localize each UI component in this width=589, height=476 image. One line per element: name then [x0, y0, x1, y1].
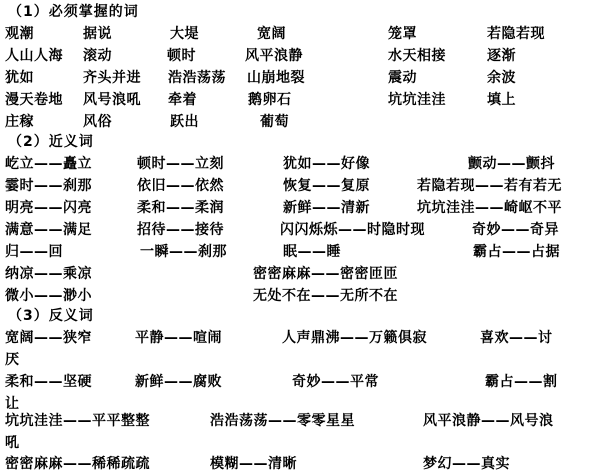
synonym-pair: 屹立——矗立	[5, 155, 92, 173]
antonym-pair: 风平浪静——风号浪	[423, 412, 554, 430]
synonym-pair: 满意——满足	[5, 221, 92, 239]
vocab-word: 漫天卷地	[5, 91, 63, 109]
antonym-pair: 坑坑洼洼——平平整整	[5, 412, 150, 430]
antonym-pair: 人声鼎沸——万籁俱寂	[282, 329, 427, 347]
vocab-word: 震动	[388, 69, 417, 87]
vocabulary-document: （1）必须掌握的词 观潮 据说 大堤 宽阔 笼罩 若隐若现 人山人海 滚动 顿时…	[0, 0, 589, 476]
antonym-pair: 密密麻麻——稀稀疏疏	[5, 455, 150, 473]
synonym-pair: 无处不在——无所不在	[253, 287, 398, 305]
antonym-pair: 梦幻——真实	[423, 455, 510, 473]
antonym-pair: 新鲜——腐败	[135, 373, 222, 391]
antonym-pair: 模糊——清晰	[210, 455, 297, 473]
vocab-word: 填上	[487, 91, 516, 109]
synonym-pair: 眠——睡	[283, 243, 341, 261]
vocab-word: 风俗	[83, 113, 112, 131]
vocab-word: 葡萄	[260, 113, 289, 131]
synonym-pair: 依旧——依然	[137, 177, 224, 195]
vocab-word: 水天相接	[388, 47, 446, 65]
section1-title: （1）必须掌握的词	[8, 3, 139, 21]
vocab-word: 余波	[487, 69, 516, 87]
vocab-word: 宽阔	[257, 25, 286, 43]
synonym-pair: 霸占——占据	[473, 243, 560, 261]
vocab-word: 逐渐	[487, 47, 516, 65]
section2-title: （2）近义词	[8, 133, 94, 151]
synonym-pair: 密密麻麻——密密匝匝	[253, 265, 398, 283]
vocab-word: 滚动	[83, 47, 112, 65]
antonym-pair: 浩浩荡荡——零零星星	[210, 412, 355, 430]
section3-title: （3）反义词	[8, 307, 94, 325]
vocab-word: 齐头并进	[83, 69, 141, 87]
vocab-word: 风号浪吼	[83, 91, 141, 109]
antonym-pair-wrap: 吼	[5, 434, 20, 452]
antonym-pair-wrap: 厌	[5, 351, 20, 369]
synonym-pair: 新鲜——清新	[283, 199, 370, 217]
vocab-word: 据说	[83, 25, 112, 43]
vocab-word: 笼罩	[388, 25, 417, 43]
synonym-pair: 犹如——好像	[283, 155, 370, 173]
antonym-pair: 奇妙——平常	[292, 373, 379, 391]
vocab-word: 鹅卵石	[248, 91, 292, 109]
vocab-word: 风平浪静	[245, 47, 303, 65]
vocab-word: 牵着	[168, 91, 197, 109]
antonym-pair: 喜欢——讨	[480, 329, 553, 347]
synonym-pair: 颤动——颤抖	[468, 155, 555, 173]
synonym-pair: 霎时——刹那	[5, 177, 92, 195]
synonym-pair: 归——回	[5, 243, 63, 261]
synonym-pair: 一瞬——刹那	[140, 243, 227, 261]
vocab-word: 若隐若现	[487, 25, 545, 43]
synonym-pair: 招待——接待	[137, 221, 224, 239]
vocab-word: 人山人海	[5, 47, 63, 65]
vocab-word: 山崩地裂	[247, 69, 305, 87]
vocab-word: 跃出	[170, 113, 199, 131]
synonym-pair: 恢复——复原	[283, 177, 370, 195]
vocab-word: 坑坑洼洼	[388, 91, 446, 109]
synonym-pair: 若隐若现——若有若无	[417, 177, 562, 195]
synonym-pair: 奇妙——奇异	[472, 221, 559, 239]
antonym-pair: 霸占——割	[485, 373, 558, 391]
antonym-pair: 平静——喧闹	[135, 329, 222, 347]
synonym-pair: 明亮——闪亮	[5, 199, 92, 217]
synonym-pair: 顿时——立刻	[137, 155, 224, 173]
vocab-word: 观潮	[5, 25, 34, 43]
synonym-pair: 纳凉——乘凉	[5, 265, 92, 283]
vocab-word: 大堤	[170, 25, 199, 43]
synonym-pair: 闪闪烁烁——时隐时现	[280, 221, 425, 239]
synonym-pair: 坑坑洼洼——崎岖不平	[417, 199, 562, 217]
vocab-word: 犹如	[5, 69, 34, 87]
antonym-pair: 宽阔——狭窄	[5, 329, 92, 347]
vocab-word: 浩浩荡荡	[168, 69, 226, 87]
antonym-pair-wrap: 让	[5, 395, 20, 413]
vocab-word: 顿时	[167, 47, 196, 65]
synonym-pair: 柔和——柔润	[137, 199, 224, 217]
antonym-pair: 柔和——坚硬	[5, 373, 92, 391]
synonym-pair: 微小——渺小	[5, 287, 92, 305]
vocab-word: 庄稼	[5, 113, 34, 131]
